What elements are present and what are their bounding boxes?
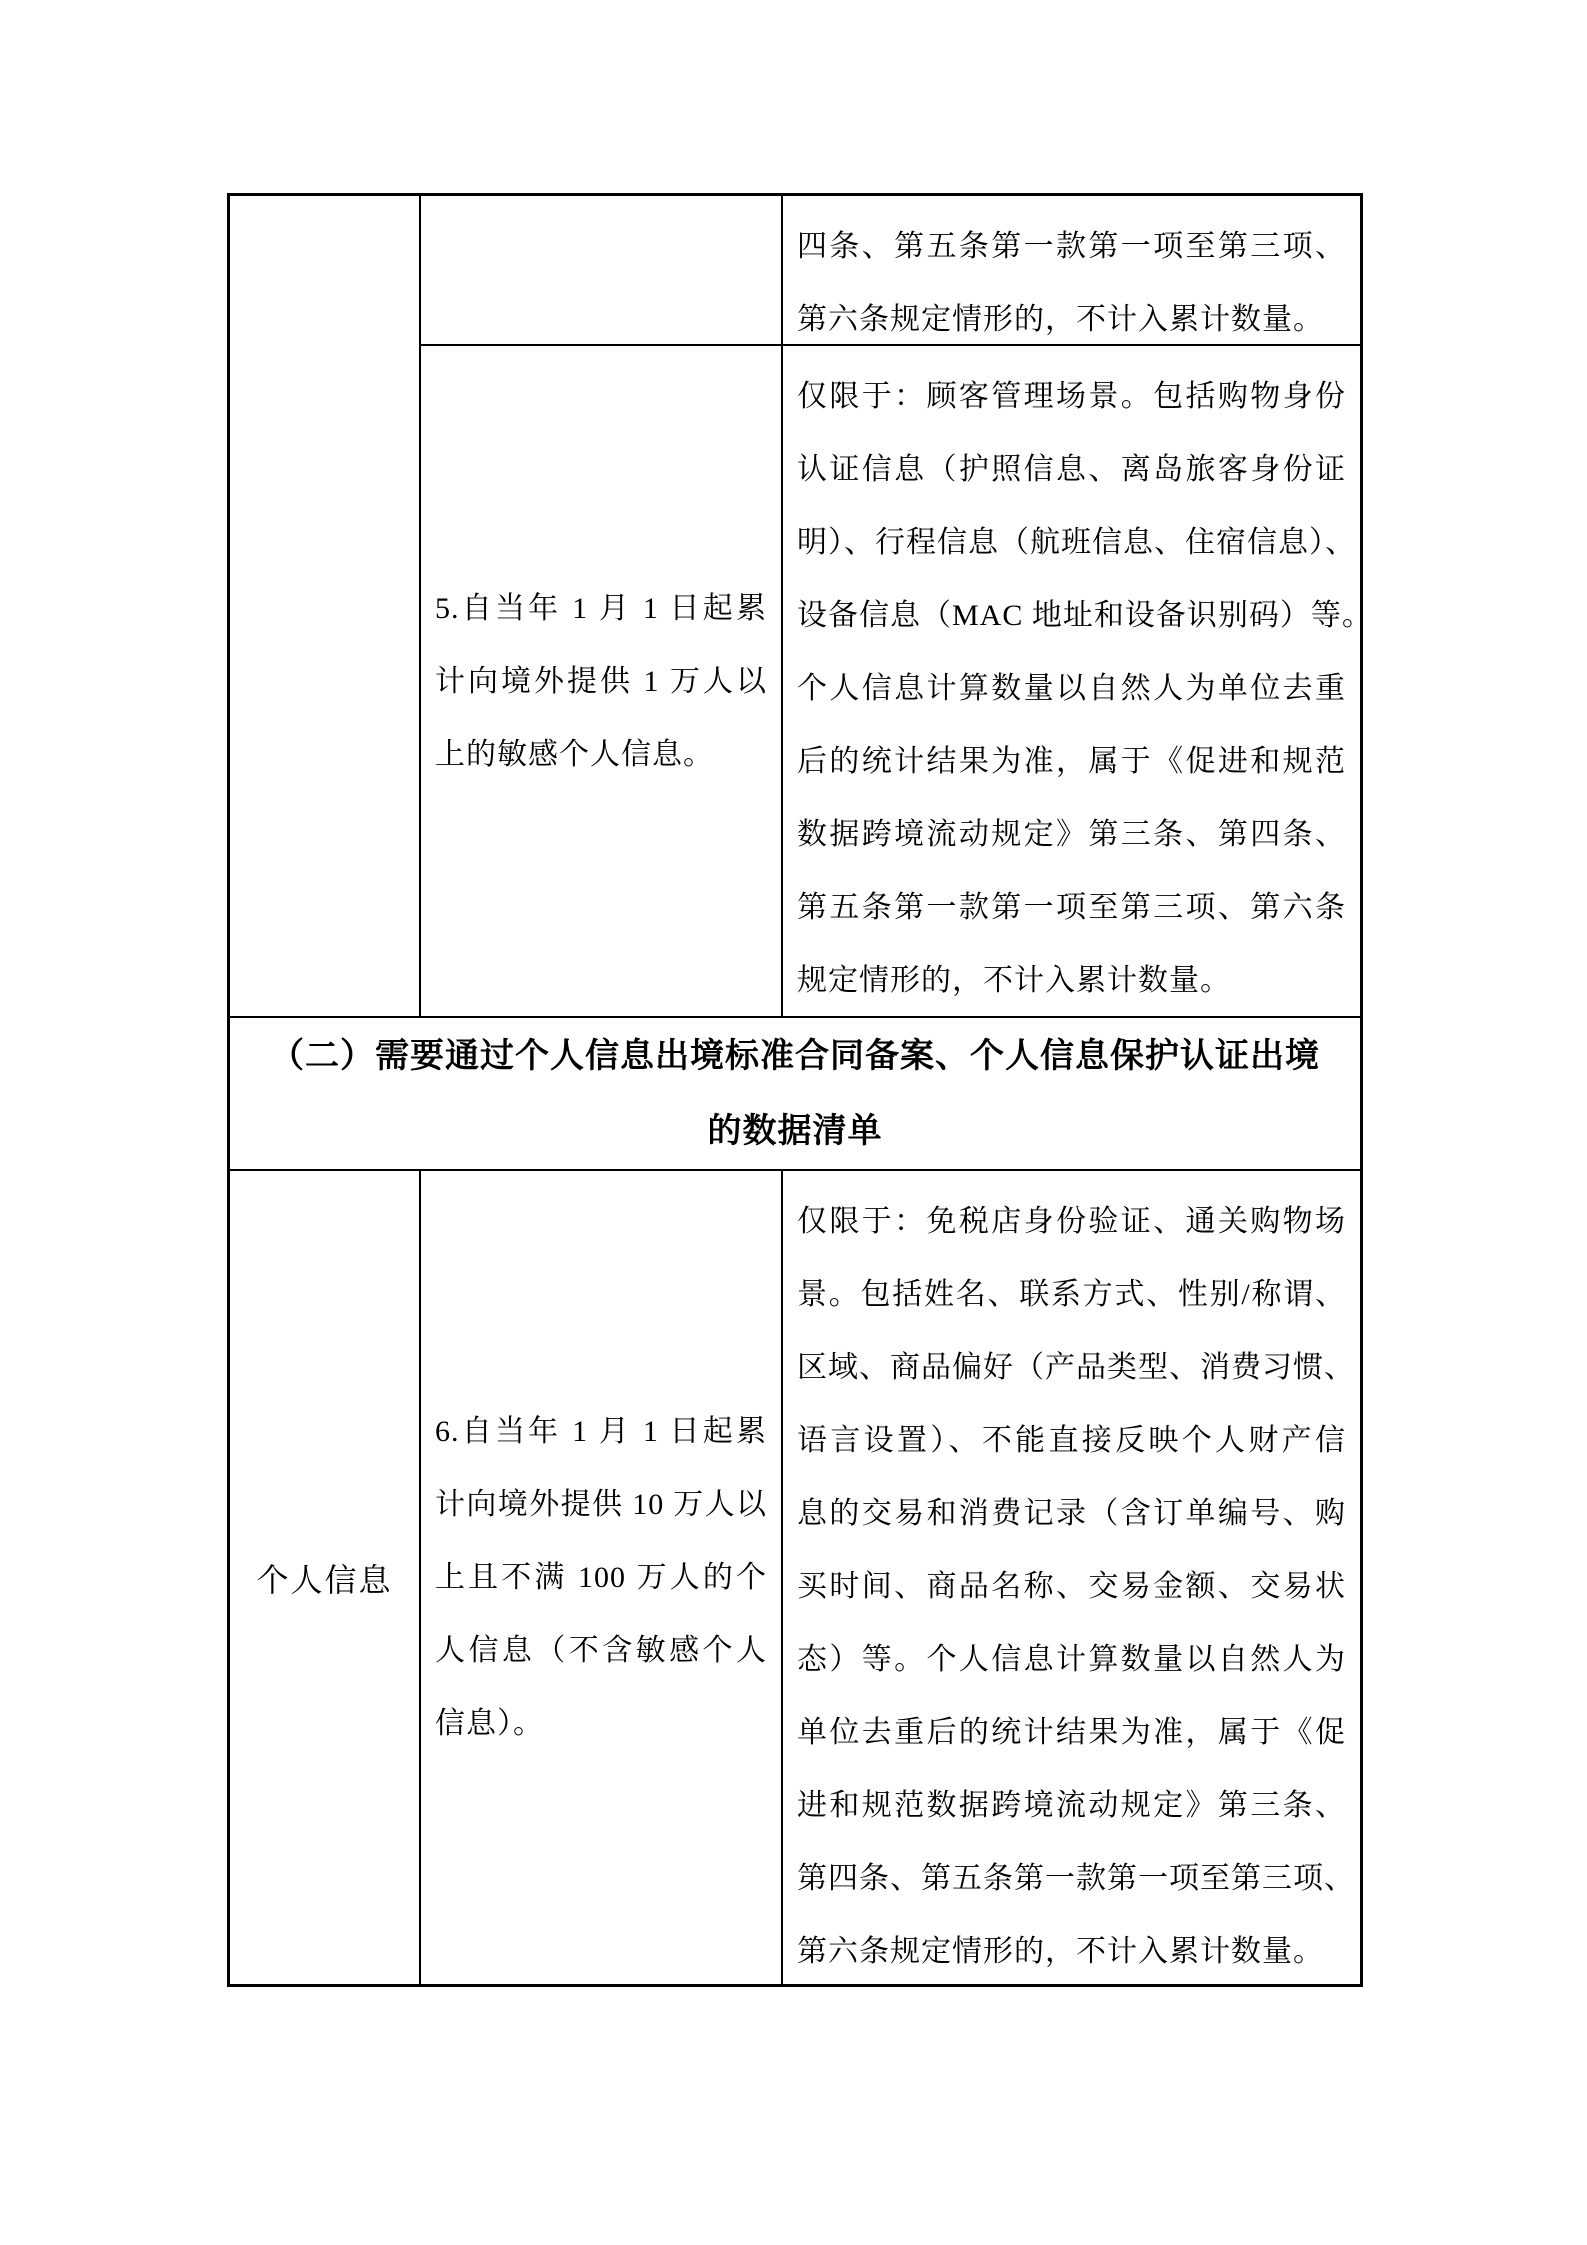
text-line: 6.自当年 1 月 1 日起累 bbox=[435, 1395, 767, 1468]
text-line: 进和规范数据跨境流动规定》第三条、 bbox=[797, 1769, 1346, 1842]
text-line: 第四条、第五条第一款第一项至第三项、 bbox=[797, 1842, 1346, 1915]
section-heading-line2: 的数据清单 bbox=[708, 1094, 883, 1169]
text-line: 单位去重后的统计结果为准，属于《促 bbox=[797, 1696, 1346, 1769]
data-export-table: 四条、第五条第一款第一项至第三项、第六条规定情形的，不计入累计数量。 5.自当年… bbox=[227, 193, 1363, 1987]
section-heading-line1: （二）需要通过个人信息出境标准合同备案、个人信息保护认证出境 bbox=[270, 1019, 1320, 1094]
text-line: 景。包括姓名、联系方式、性别/称谓、 bbox=[797, 1258, 1346, 1331]
text-line: 上的敏感个人信息。 bbox=[435, 718, 767, 791]
document-page: 四条、第五条第一款第一项至第三项、第六条规定情形的，不计入累计数量。 5.自当年… bbox=[0, 0, 1587, 2245]
item5-cell: 5.自当年 1 月 1 日起累计向境外提供 1 万人以上的敏感个人信息。 bbox=[421, 346, 783, 1018]
carryover-description-paragraph: 四条、第五条第一款第一项至第三项、第六条规定情形的，不计入累计数量。 bbox=[783, 196, 1360, 346]
category-cell: 个人信息 bbox=[230, 1171, 421, 1984]
category-label: 个人信息 bbox=[256, 1555, 392, 1601]
text-line: 语言设置）、不能直接反映个人财产信 bbox=[797, 1404, 1346, 1477]
text-line: 第六条规定情形的，不计入累计数量。 bbox=[797, 283, 1346, 346]
text-line: 买时间、商品名称、交易金额、交易状 bbox=[797, 1550, 1346, 1623]
text-line: 设备信息（MAC 地址和设备识别码）等。 bbox=[797, 579, 1346, 652]
text-line: 后的统计结果为准，属于《促进和规范 bbox=[797, 725, 1346, 798]
text-line: 计向境外提供 1 万人以 bbox=[435, 645, 767, 718]
item6-paragraph: 6.自当年 1 月 1 日起累计向境外提供 10 万人以上且不满 100 万人的… bbox=[421, 1395, 781, 1760]
empty-category-cell bbox=[230, 196, 421, 1018]
text-line: 人信息（不含敏感个人 bbox=[435, 1614, 767, 1687]
text-line: 第五条第一款第一项至第三项、第六条 bbox=[797, 871, 1346, 944]
carryover-description-cell: 四条、第五条第一款第一项至第三项、第六条规定情形的，不计入累计数量。 bbox=[783, 196, 1360, 346]
text-line: 四条、第五条第一款第一项至第三项、 bbox=[797, 210, 1346, 283]
carryover-item-cell-empty bbox=[421, 196, 783, 346]
text-line: 仅限于：顾客管理场景。包括购物身份 bbox=[797, 360, 1346, 433]
text-line: 第六条规定情形的，不计入累计数量。 bbox=[797, 1915, 1346, 1984]
item5-description-paragraph: 仅限于：顾客管理场景。包括购物身份认证信息（护照信息、离岛旅客身份证明）、行程信… bbox=[783, 346, 1360, 1017]
item6-cell: 6.自当年 1 月 1 日起累计向境外提供 10 万人以上且不满 100 万人的… bbox=[421, 1171, 783, 1984]
text-line: 计向境外提供 10 万人以 bbox=[435, 1468, 767, 1541]
section-heading-row: （二）需要通过个人信息出境标准合同备案、个人信息保护认证出境 的数据清单 bbox=[230, 1018, 1360, 1171]
text-line: 上且不满 100 万人的个 bbox=[435, 1541, 767, 1614]
item5-description-cell: 仅限于：顾客管理场景。包括购物身份认证信息（护照信息、离岛旅客身份证明）、行程信… bbox=[783, 346, 1360, 1018]
text-line: 息的交易和消费记录（含订单编号、购 bbox=[797, 1477, 1346, 1550]
item6-description-paragraph: 仅限于：免税店身份验证、通关购物场景。包括姓名、联系方式、性别/称谓、区域、商品… bbox=[783, 1171, 1360, 1984]
text-line: 规定情形的，不计入累计数量。 bbox=[797, 944, 1346, 1017]
text-line: 个人信息计算数量以自然人为单位去重 bbox=[797, 652, 1346, 725]
text-line: 态）等。个人信息计算数量以自然人为 bbox=[797, 1623, 1346, 1696]
text-line: 数据跨境流动规定》第三条、第四条、 bbox=[797, 798, 1346, 871]
text-line: 区域、商品偏好（产品类型、消费习惯、 bbox=[797, 1331, 1346, 1404]
text-line: 明）、行程信息（航班信息、住宿信息）、 bbox=[797, 506, 1346, 579]
text-line: 信息）。 bbox=[435, 1687, 767, 1760]
text-line: 仅限于：免税店身份验证、通关购物场 bbox=[797, 1185, 1346, 1258]
text-line: 认证信息（护照信息、离岛旅客身份证 bbox=[797, 433, 1346, 506]
text-line: 5.自当年 1 月 1 日起累 bbox=[435, 572, 767, 645]
item6-description-cell: 仅限于：免税店身份验证、通关购物场景。包括姓名、联系方式、性别/称谓、区域、商品… bbox=[783, 1171, 1360, 1984]
item5-paragraph: 5.自当年 1 月 1 日起累计向境外提供 1 万人以上的敏感个人信息。 bbox=[421, 572, 781, 791]
